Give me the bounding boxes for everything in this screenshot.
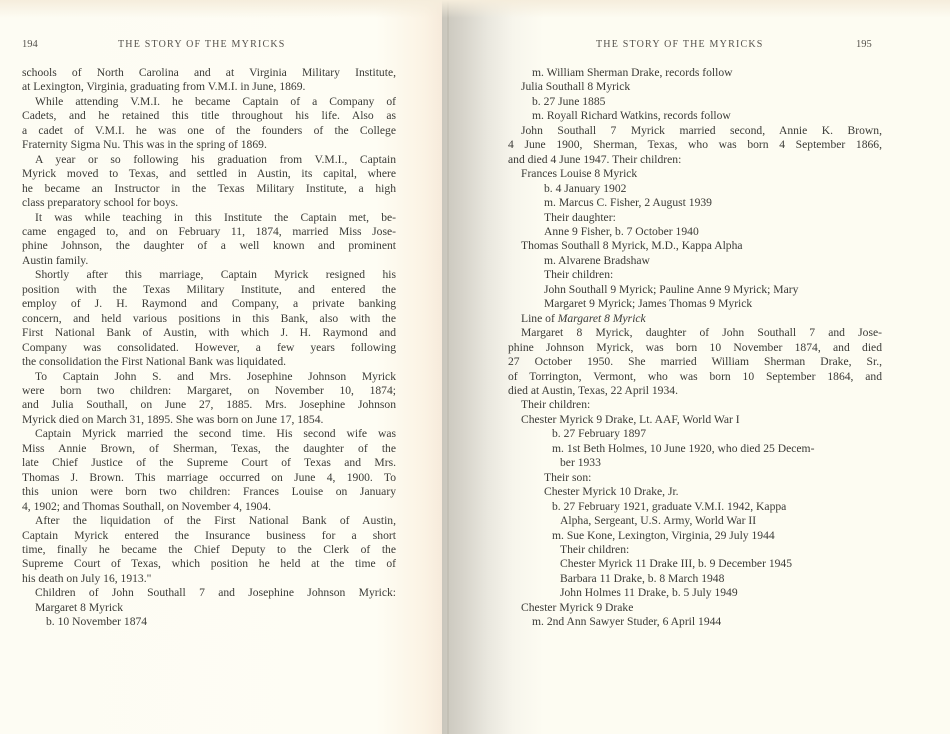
text-line: were born two children: Margaret, on Nov… xyxy=(22,384,396,398)
left-page-body: schools of North Carolina and at Virgini… xyxy=(22,66,396,630)
left-page: 194 THE STORY OF THE MYRICKS schools of … xyxy=(0,0,442,734)
text-line: Their children: xyxy=(508,398,882,412)
text-line: m. Royall Richard Watkins, records follo… xyxy=(508,109,882,123)
text-line: Frances Louise 8 Myrick xyxy=(508,167,882,181)
right-running-head: THE STORY OF THE MYRICKS xyxy=(596,39,764,50)
text-line: concern, and held various positions in t… xyxy=(22,312,396,326)
book-spread: 194 THE STORY OF THE MYRICKS schools of … xyxy=(0,0,950,734)
top-edge-shadow xyxy=(0,0,950,18)
text-line: While attending V.M.I. he became Captain… xyxy=(22,95,396,109)
text-line: his death on July 16, 1913." xyxy=(22,572,396,586)
text-line: time, finally he became the Chief Deputy… xyxy=(22,543,396,557)
text-line: class preparatory school for boys. xyxy=(22,196,396,210)
text-line: John Holmes 11 Drake, b. 5 July 1949 xyxy=(508,586,882,600)
text-line: Cadets, and he retained this title throu… xyxy=(22,109,396,123)
text-line: phine Johnson, the daughter of a well kn… xyxy=(22,239,396,253)
text-line: Fraternity Sigma Nu. This was in the spr… xyxy=(22,138,396,152)
text-line: Their daughter: xyxy=(508,211,882,225)
text-line: m. Marcus C. Fisher, 2 August 1939 xyxy=(508,196,882,210)
text-line: m. William Sherman Drake, records follow xyxy=(508,66,882,80)
text-line: b. 27 February 1921, graduate V.M.I. 194… xyxy=(508,500,882,514)
text-line: Thomas J. Brown. This marriage occurred … xyxy=(22,471,396,485)
text-line: Children of John Southall 7 and Josephin… xyxy=(22,586,396,600)
text-line: Line of Margaret 8 Myrick xyxy=(508,312,882,326)
text-line: John Southall 9 Myrick; Pauline Anne 9 M… xyxy=(508,283,882,297)
text-line: Myrick moved to Texas, and settled in Au… xyxy=(22,167,396,181)
text-line: Barbara 11 Drake, b. 8 March 1948 xyxy=(508,572,882,586)
text-line: ber 1933 xyxy=(508,456,882,470)
text-line: Captain Myrick entered the Insurance bus… xyxy=(22,529,396,543)
right-page-number: 195 xyxy=(856,39,872,50)
text-line: schools of North Carolina and at Virgini… xyxy=(22,66,396,80)
text-line: Chester Myrick 11 Drake III, b. 9 Decemb… xyxy=(508,557,882,571)
text-line: Julia Southall 8 Myrick xyxy=(508,80,882,94)
text-line: the consolidation the First National Ban… xyxy=(22,355,396,369)
text-line: m. Sue Kone, Lexington, Virginia, 29 Jul… xyxy=(508,529,882,543)
text-line: Austin family. xyxy=(22,254,396,268)
text-line: of Torrington, Vermont, who was born 10 … xyxy=(508,370,882,384)
text-line: Miss Annie Brown, of Sherman, Texas, the… xyxy=(22,442,396,456)
text-line: position with the Texas Military Institu… xyxy=(22,283,396,297)
text-line: died at Austin, Texas, 22 April 1934. xyxy=(508,384,882,398)
text-line: and died 4 June 1947. Their children: xyxy=(508,153,882,167)
text-line: Anne 9 Fisher, b. 7 October 1940 xyxy=(508,225,882,239)
text-line: It was while teaching in this Institute … xyxy=(22,211,396,225)
text-line: m. Alvarene Bradshaw xyxy=(508,254,882,268)
text-line: Margaret 8 Myrick, daughter of John Sout… xyxy=(508,326,882,340)
text-line: came engaged to, and on February 11, 187… xyxy=(22,225,396,239)
text-line: m. 1st Beth Holmes, 10 June 1920, who di… xyxy=(508,442,882,456)
text-line: After the liquidation of the First Natio… xyxy=(22,514,396,528)
text-line: To Captain John S. and Mrs. Josephine Jo… xyxy=(22,370,396,384)
text-line: he became an Instructor in the Texas Mil… xyxy=(22,182,396,196)
book-gutter xyxy=(447,0,449,734)
text-line: Supreme Court of Texas, which position h… xyxy=(22,557,396,571)
text-line: b. 27 June 1885 xyxy=(508,95,882,109)
text-line: Margaret 8 Myrick xyxy=(22,601,396,615)
text-line: Alpha, Sergeant, U.S. Army, World War II xyxy=(508,514,882,528)
text-line: Their children: xyxy=(508,268,882,282)
text-line: Captain Myrick married the second time. … xyxy=(22,427,396,441)
text-line: Chester Myrick 9 Drake, Lt. AAF, World W… xyxy=(508,413,882,427)
right-page-body: m. William Sherman Drake, records follow… xyxy=(508,66,882,630)
text-line: this union were born two children: Franc… xyxy=(22,485,396,499)
text-line: 27 October 1950. She married William She… xyxy=(508,355,882,369)
text-line: Company was consolidated. However, a few… xyxy=(22,341,396,355)
text-line: b. 10 November 1874 xyxy=(22,615,396,629)
left-running-head: THE STORY OF THE MYRICKS xyxy=(118,39,286,50)
text-line: at Lexington, Virginia, graduating from … xyxy=(22,80,396,94)
text-line: Chester Myrick 9 Drake xyxy=(508,601,882,615)
text-line: A year or so following his graduation fr… xyxy=(22,153,396,167)
text-line: Their children: xyxy=(508,543,882,557)
text-line: employ of J. H. Raymond and Company, a p… xyxy=(22,297,396,311)
text-line: Shortly after this marriage, Captain Myr… xyxy=(22,268,396,282)
text-line: Myrick died on March 31, 1895. She was b… xyxy=(22,413,396,427)
text-line: 4, 1902; and Thomas Southall, on Novembe… xyxy=(22,500,396,514)
text-line: and Julia Southall, on June 27, 1885. Mr… xyxy=(22,398,396,412)
text-line: Their son: xyxy=(508,471,882,485)
text-line: 4 June 1900, Sherman, Texas, who was bor… xyxy=(508,138,882,152)
text-line: First National Bank of Austin, with whic… xyxy=(22,326,396,340)
text-line: m. 2nd Ann Sawyer Studer, 6 April 1944 xyxy=(508,615,882,629)
left-page-number: 194 xyxy=(22,39,38,50)
text-line: John Southall 7 Myrick married second, A… xyxy=(508,124,882,138)
text-line: Chester Myrick 10 Drake, Jr. xyxy=(508,485,882,499)
text-line: a cadet of V.M.I. he was one of the foun… xyxy=(22,124,396,138)
text-line: Thomas Southall 8 Myrick, M.D., Kappa Al… xyxy=(508,239,882,253)
text-line: b. 27 February 1897 xyxy=(508,427,882,441)
text-line: phine Johnson Myrick, was born 10 Novemb… xyxy=(508,341,882,355)
text-line: Margaret 9 Myrick; James Thomas 9 Myrick xyxy=(508,297,882,311)
text-line: b. 4 January 1902 xyxy=(508,182,882,196)
text-line: late Chief Justice of the Supreme Court … xyxy=(22,456,396,470)
